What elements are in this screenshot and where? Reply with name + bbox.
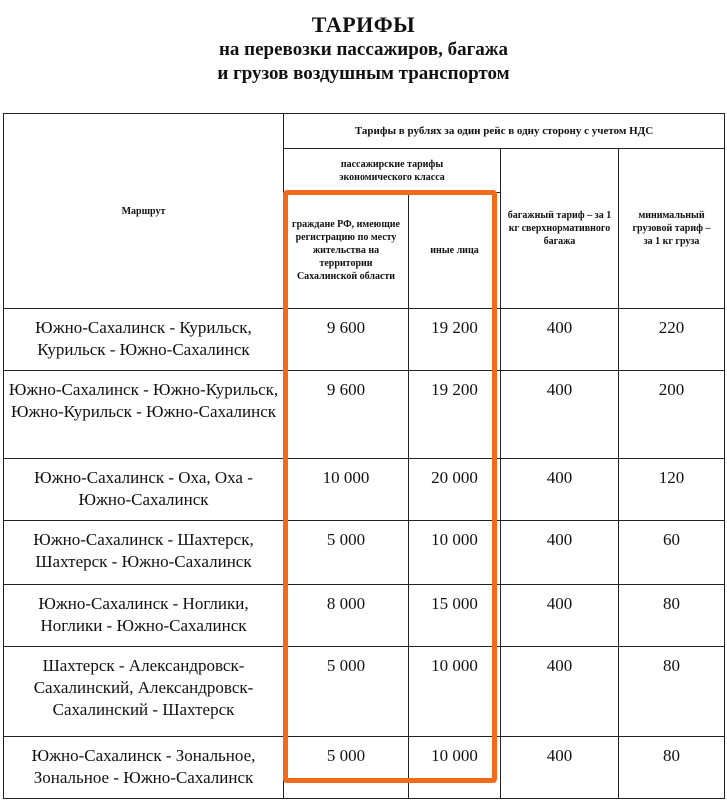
table-row: Южно-Сахалинск - Южно-Курильск, Южно-Кур… xyxy=(4,371,725,459)
cell-others: 10 000 xyxy=(409,647,501,737)
table-row: Южно-Сахалинск - Шахтерск, Шахтерск - Юж… xyxy=(4,521,725,585)
table-row: Южно-Сахалинск - Курильск, Курильск - Юж… xyxy=(4,309,725,371)
cell-others: 19 200 xyxy=(409,309,501,371)
cell-others: 19 200 xyxy=(409,371,501,459)
table-row: Шахтерск - Александровск-Сахалинский, Ал… xyxy=(4,647,725,737)
document-title: ТАРИФЫ на перевозки пассажиров, багажа и… xyxy=(0,12,727,86)
cell-baggage: 400 xyxy=(501,459,619,521)
cell-baggage: 400 xyxy=(501,371,619,459)
cell-residents: 8 000 xyxy=(284,585,409,647)
cell-route: Южно-Сахалинск - Оха, Оха - Южно-Сахалин… xyxy=(4,459,284,521)
cell-others: 20 000 xyxy=(409,459,501,521)
cell-route: Южно-Сахалинск - Южно-Курильск, Южно-Кур… xyxy=(4,371,284,459)
tariffs-body: Южно-Сахалинск - Курильск, Курильск - Юж… xyxy=(4,309,725,799)
title-main: ТАРИФЫ xyxy=(0,12,727,38)
cell-route: Южно-Сахалинск - Шахтерск, Шахтерск - Юж… xyxy=(4,521,284,585)
cell-baggage: 400 xyxy=(501,521,619,585)
header-others: иные лица xyxy=(409,193,501,309)
cell-others: 10 000 xyxy=(409,737,501,799)
table-row: Южно-Сахалинск - Ноглики, Ноглики - Южно… xyxy=(4,585,725,647)
cell-baggage: 400 xyxy=(501,647,619,737)
cell-route: Южно-Сахалинск - Курильск, Курильск - Юж… xyxy=(4,309,284,371)
cell-cargo: 80 xyxy=(619,737,725,799)
header-baggage: багажный тариф – за 1 кг сверхнормативно… xyxy=(501,149,619,309)
cell-cargo: 80 xyxy=(619,585,725,647)
cell-baggage: 400 xyxy=(501,585,619,647)
cell-residents: 9 600 xyxy=(284,371,409,459)
cell-cargo: 220 xyxy=(619,309,725,371)
cell-residents: 9 600 xyxy=(284,309,409,371)
cell-cargo: 200 xyxy=(619,371,725,459)
cell-residents: 5 000 xyxy=(284,647,409,737)
header-route: Маршрут xyxy=(4,114,284,309)
cell-baggage: 400 xyxy=(501,309,619,371)
cell-cargo: 120 xyxy=(619,459,725,521)
title-line-2: и грузов воздушным транспортом xyxy=(0,62,727,86)
table-row: Южно-Сахалинск - Зональное, Зональное - … xyxy=(4,737,725,799)
cell-cargo: 60 xyxy=(619,521,725,585)
title-line-1: на перевозки пассажиров, багажа xyxy=(0,38,727,62)
header-residents: граждане РФ, имеющие регистрацию по мест… xyxy=(284,193,409,309)
header-tariffs-group: Тарифы в рублях за один рейс в одну стор… xyxy=(284,114,725,149)
cell-others: 10 000 xyxy=(409,521,501,585)
cell-residents: 5 000 xyxy=(284,737,409,799)
table-row: Южно-Сахалинск - Оха, Оха - Южно-Сахалин… xyxy=(4,459,725,521)
cell-residents: 10 000 xyxy=(284,459,409,521)
cell-route: Южно-Сахалинск - Ноглики, Ноглики - Южно… xyxy=(4,585,284,647)
cell-residents: 5 000 xyxy=(284,521,409,585)
header-cargo: минимальный грузовой тариф – за 1 кг гру… xyxy=(619,149,725,309)
header-passenger-group: пассажирские тарифы экономического класс… xyxy=(284,149,501,193)
cell-baggage: 400 xyxy=(501,737,619,799)
cell-route: Южно-Сахалинск - Зональное, Зональное - … xyxy=(4,737,284,799)
cell-others: 15 000 xyxy=(409,585,501,647)
cell-route: Шахтерск - Александровск-Сахалинский, Ал… xyxy=(4,647,284,737)
cell-cargo: 80 xyxy=(619,647,725,737)
tariffs-table: Маршрут Тарифы в рублях за один рейс в о… xyxy=(3,113,725,799)
